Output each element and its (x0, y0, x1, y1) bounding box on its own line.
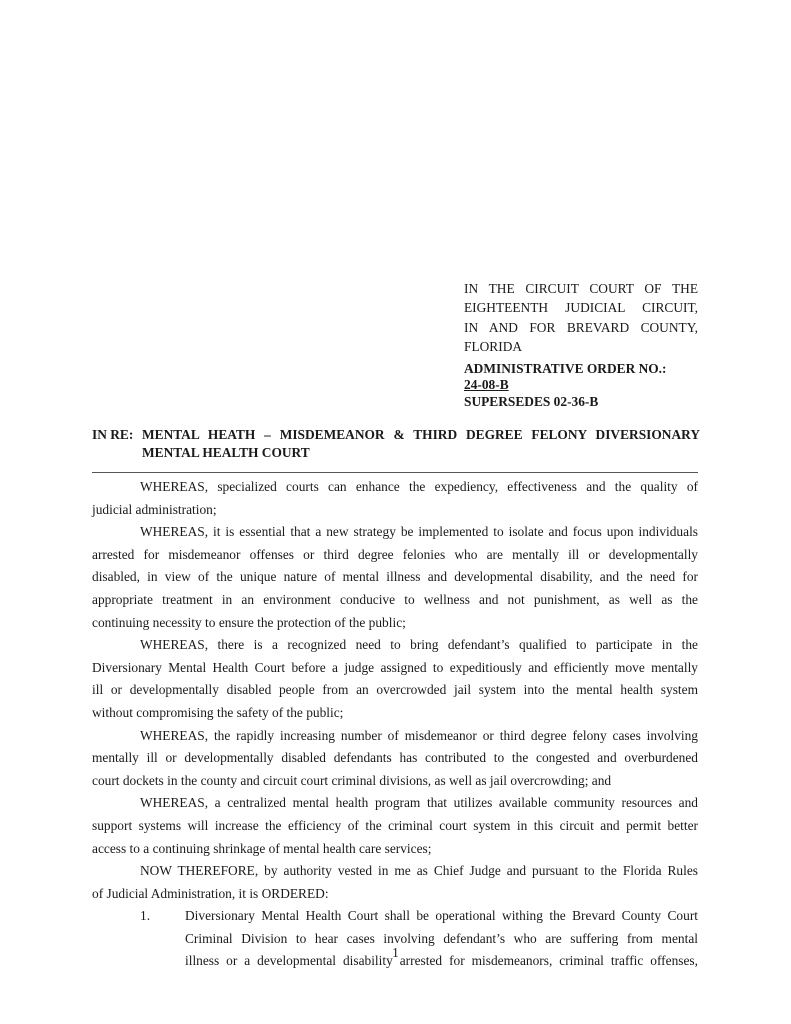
in-re-label: IN RE: (92, 426, 133, 444)
court-caption-line: FLORIDA (464, 337, 698, 356)
paragraph-line: WHEREAS, there is a recognized need to b… (92, 634, 698, 657)
document-body: WHEREAS, specialized courts can enhance … (92, 476, 698, 973)
paragraph-line: WHEREAS, a centralized mental health pro… (92, 792, 698, 815)
order-label: ADMINISTRATIVE ORDER NO.: (464, 361, 704, 377)
page-number: 1 (0, 945, 791, 961)
now-therefore-paragraph: NOW THEREFORE, by authority vested in me… (92, 860, 698, 905)
document-page: IN THE CIRCUIT COURT OF THE EIGHTEENTH J… (0, 0, 791, 1024)
paragraph-line: WHEREAS, specialized courts can enhance … (92, 476, 698, 499)
paragraph-line: WHEREAS, the rapidly increasing number o… (92, 725, 698, 748)
paragraph-line: access to a continuing shrinkage of ment… (92, 838, 698, 861)
ordered-item-line: Diversionary Mental Health Court shall b… (185, 905, 698, 928)
whereas-paragraph: WHEREAS, it is essential that a new stra… (92, 521, 698, 634)
paragraph-line: mentally ill or developmentally disabled… (92, 747, 698, 770)
in-re-subject-line: MENTAL HEATH – MISDEMEANOR & THIRD DEGRE… (142, 426, 700, 444)
in-re-subject-line: MENTAL HEALTH COURT (142, 445, 310, 460)
paragraph-line: without compromising the safety of the p… (92, 702, 698, 725)
whereas-paragraph: WHEREAS, there is a recognized need to b… (92, 634, 698, 724)
court-caption-line: EIGHTEENTH JUDICIAL CIRCUIT, (464, 298, 698, 317)
paragraph-line: court dockets in the county and circuit … (92, 770, 698, 793)
whereas-paragraph: WHEREAS, a centralized mental health pro… (92, 792, 698, 860)
in-re-subject: MENTAL HEATH – MISDEMEANOR & THIRD DEGRE… (142, 426, 700, 461)
paragraph-line: appropriate treatment in an environment … (92, 589, 698, 612)
ordered-item-number: 1. (140, 905, 150, 928)
whereas-paragraph: WHEREAS, specialized courts can enhance … (92, 476, 698, 521)
whereas-paragraph: WHEREAS, the rapidly increasing number o… (92, 725, 698, 793)
paragraph-line: arrested for misdemeanor offenses or thi… (92, 544, 698, 567)
paragraph-line: WHEREAS, it is essential that a new stra… (92, 521, 698, 544)
administrative-order-block: ADMINISTRATIVE ORDER NO.: 24-08-B SUPERS… (464, 361, 704, 410)
paragraph-line: NOW THEREFORE, by authority vested in me… (92, 860, 698, 883)
paragraph-line: continuing necessity to ensure the prote… (92, 612, 698, 635)
order-number: 24-08-B (464, 377, 704, 393)
paragraph-line: support systems will increase the effici… (92, 815, 698, 838)
court-caption: IN THE CIRCUIT COURT OF THE EIGHTEENTH J… (464, 279, 698, 357)
paragraph-line: of Judicial Administration, it is ORDERE… (92, 883, 698, 906)
court-caption-line: IN THE CIRCUIT COURT OF THE (464, 279, 698, 298)
paragraph-line: Diversionary Mental Health Court before … (92, 657, 698, 680)
paragraph-line: judicial administration; (92, 499, 698, 522)
paragraph-line: disabled, in view of the unique nature o… (92, 566, 698, 589)
in-re-heading: IN RE: MENTAL HEATH – MISDEMEANOR & THIR… (92, 426, 700, 461)
supersedes-label: SUPERSEDES 02-36-B (464, 394, 704, 410)
ordered-item: 1. Diversionary Mental Health Court shal… (92, 905, 698, 973)
horizontal-rule (92, 472, 698, 473)
paragraph-line: ill or developmentally disabled people f… (92, 679, 698, 702)
court-caption-line: IN AND FOR BREVARD COUNTY, (464, 318, 698, 337)
